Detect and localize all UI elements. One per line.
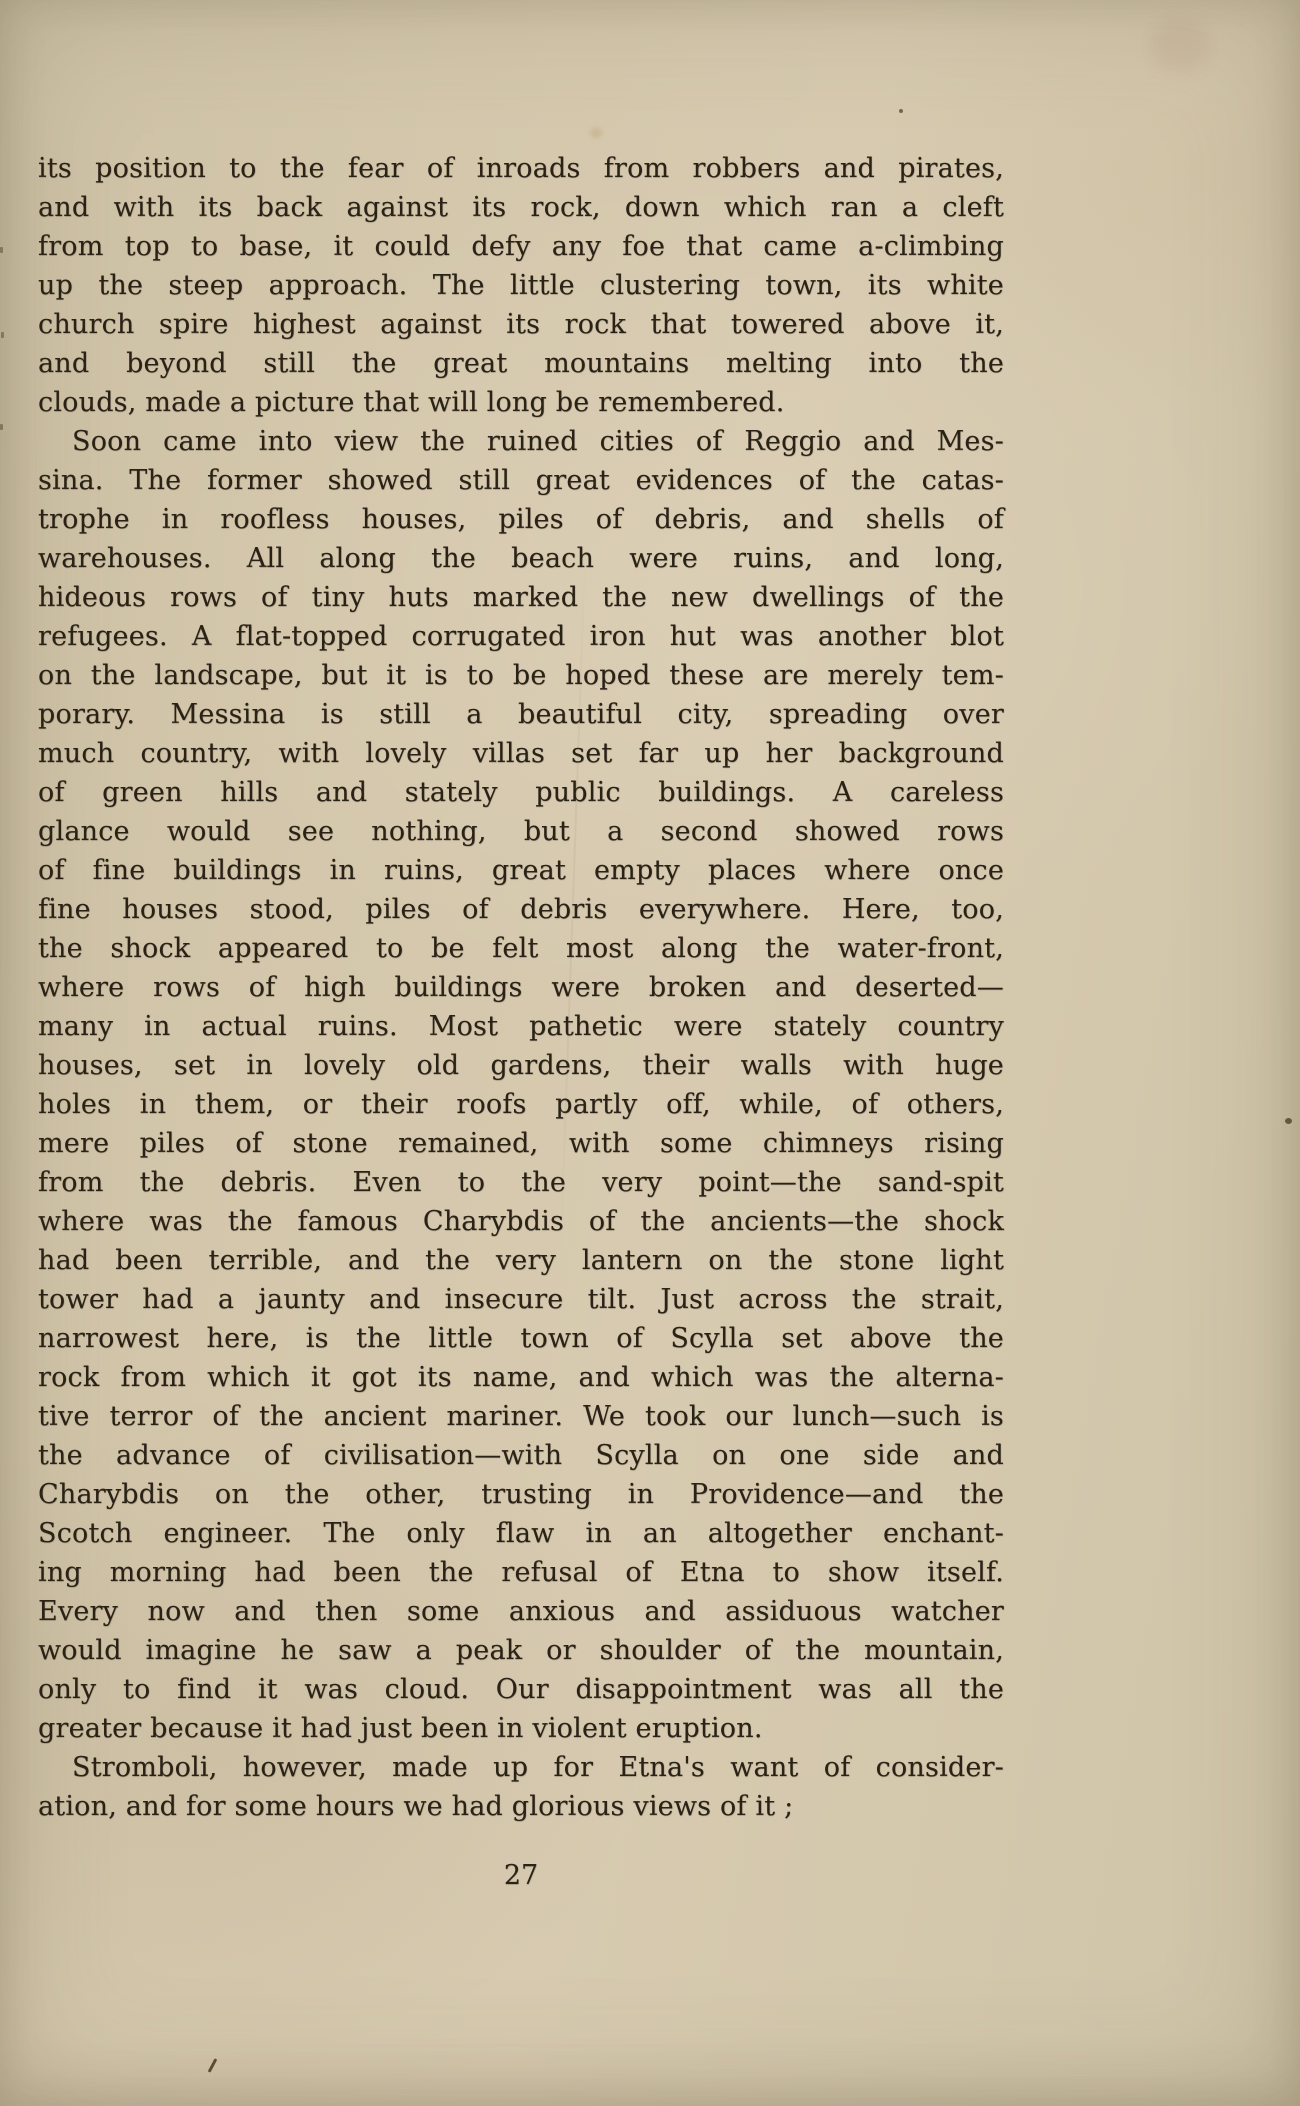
text-line: from the debris. Even to the very point—… bbox=[38, 1163, 1004, 1202]
paper-stain bbox=[590, 128, 602, 138]
paragraph: Soon came into view the ruined cities of… bbox=[38, 422, 1004, 1748]
text-line: refugees. A flat-topped corrugated iron … bbox=[38, 617, 1004, 656]
text-block: its position to the fear of inroads from… bbox=[38, 149, 1004, 1826]
text-line: Every now and then some anxious and assi… bbox=[38, 1592, 1004, 1631]
text-line: glance would see nothing, but a second s… bbox=[38, 812, 1004, 851]
text-line: would imagine he saw a peak or shoulder … bbox=[38, 1631, 1004, 1670]
text-line: its position to the fear of inroads from… bbox=[38, 149, 1004, 188]
text-line: porary. Messina is still a beautiful cit… bbox=[38, 695, 1004, 734]
paper-speck bbox=[1285, 1118, 1292, 1124]
text-line: from top to base, it could defy any foe … bbox=[38, 227, 1004, 266]
text-line: holes in them, or their roofs partly off… bbox=[38, 1085, 1004, 1124]
text-line: mere piles of stone remained, with some … bbox=[38, 1124, 1004, 1163]
text-line: Scotch engineer. The only flaw in an alt… bbox=[38, 1514, 1004, 1553]
text-line: narrowest here, is the little town of Sc… bbox=[38, 1319, 1004, 1358]
text-line: hideous rows of tiny huts marked the new… bbox=[38, 578, 1004, 617]
pencil-mark bbox=[208, 2058, 218, 2073]
text-line: of fine buildings in ruins, great empty … bbox=[38, 851, 1004, 890]
text-line: many in actual ruins. Most pathetic were… bbox=[38, 1007, 1004, 1046]
text-line: tive terror of the ancient mariner. We t… bbox=[38, 1397, 1004, 1436]
text-line: Stromboli, however, made up for Etna's w… bbox=[38, 1748, 1004, 1787]
text-line: Soon came into view the ruined cities of… bbox=[38, 422, 1004, 461]
text-line: up the steep approach. The little cluste… bbox=[38, 266, 1004, 305]
paragraph: Stromboli, however, made up for Etna's w… bbox=[38, 1748, 1004, 1826]
text-line: tower had a jaunty and insecure tilt. Ju… bbox=[38, 1280, 1004, 1319]
text-line: and with its back against its rock, down… bbox=[38, 188, 1004, 227]
text-line: the shock appeared to be felt most along… bbox=[38, 929, 1004, 968]
paragraph: its position to the fear of inroads from… bbox=[38, 149, 1004, 422]
text-line: ing morning had been the refusal of Etna… bbox=[38, 1553, 1004, 1592]
text-line: fine houses stood, piles of debris every… bbox=[38, 890, 1004, 929]
paper-speck bbox=[899, 109, 903, 113]
text-line: the advance of civilisation—with Scylla … bbox=[38, 1436, 1004, 1475]
page-number: 27 bbox=[38, 1856, 1004, 1895]
text-line: clouds, made a picture that will long be… bbox=[38, 383, 1004, 422]
text-line: church spire highest against its rock th… bbox=[38, 305, 1004, 344]
text-line: only to find it was cloud. Our disappoin… bbox=[38, 1670, 1004, 1709]
text-line: trophe in roofless houses, piles of debr… bbox=[38, 500, 1004, 539]
text-line: sina. The former showed still great evid… bbox=[38, 461, 1004, 500]
text-line: where was the famous Charybdis of the an… bbox=[38, 1202, 1004, 1241]
text-line: Charybdis on the other, trusting in Prov… bbox=[38, 1475, 1004, 1514]
text-line: houses, set in lovely old gardens, their… bbox=[38, 1046, 1004, 1085]
book-page-scan: its position to the fear of inroads from… bbox=[0, 0, 1300, 2106]
text-line: where rows of high buildings were broken… bbox=[38, 968, 1004, 1007]
text-line: and beyond still the great mountains mel… bbox=[38, 344, 1004, 383]
text-line: rock from which it got its name, and whi… bbox=[38, 1358, 1004, 1397]
text-line: of green hills and stately public buildi… bbox=[38, 773, 1004, 812]
edge-fleck bbox=[0, 247, 3, 253]
text-line: warehouses. All along the beach were rui… bbox=[38, 539, 1004, 578]
text-line: greater because it had just been in viol… bbox=[38, 1709, 1004, 1748]
edge-fleck bbox=[0, 424, 3, 430]
text-line: on the landscape, but it is to be hoped … bbox=[38, 656, 1004, 695]
text-line: much country, with lovely villas set far… bbox=[38, 734, 1004, 773]
edge-fleck bbox=[1, 332, 4, 338]
paper-stain bbox=[1150, 20, 1210, 70]
text-line: had been terrible, and the very lantern … bbox=[38, 1241, 1004, 1280]
text-line: ation, and for some hours we had gloriou… bbox=[38, 1787, 1004, 1826]
